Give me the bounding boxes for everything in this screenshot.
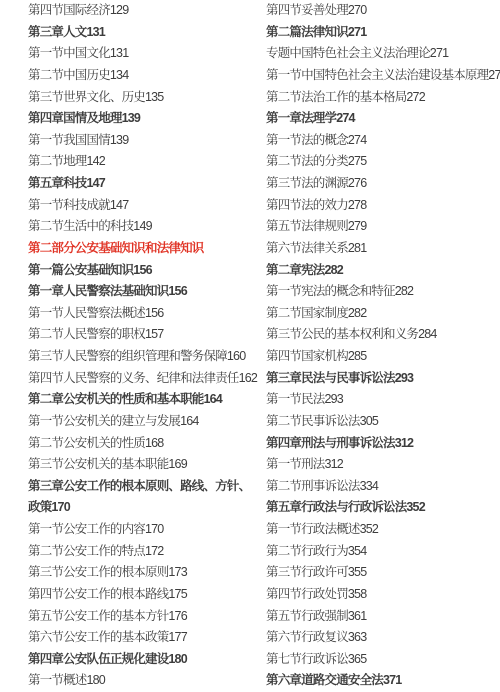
toc-entry: 第一节行政法概述352 (266, 519, 500, 541)
toc-entry: 第二节法的分类275 (266, 151, 500, 173)
toc-entry: 第四章刑法与刑事诉讼法312 (266, 433, 500, 455)
toc-entry: 第二节人民警察的职权157 (28, 324, 266, 346)
toc-entry: 第三章人文131 (28, 22, 266, 44)
toc-entry: 第二节行政行为354 (266, 541, 500, 563)
toc-entry: 第二节刑事诉讼法334 (266, 476, 500, 498)
toc-entry: 第五节行政强制361 (266, 606, 500, 628)
toc-entry: 第三节公安机关的基本职能169 (28, 454, 266, 476)
toc-entry: 第六节法律关系281 (266, 238, 500, 260)
toc-entry: 第二节法治工作的基本格局272 (266, 87, 500, 109)
toc-entry: 第五节公安工作的基本方针176 (28, 606, 266, 628)
toc-entry: 第一节科技成就147 (28, 195, 266, 217)
toc-entry: 第一篇公安基础知识156 (28, 260, 266, 282)
toc-entry: 第三章民法与民事诉讼法293 (266, 368, 500, 390)
toc-entry: 第一节中国特色社会主义法治建设基本原理271 (266, 65, 500, 87)
toc-entry: 第一节人民警察法概述156 (28, 303, 266, 325)
toc-entry: 第一章法理学274 (266, 108, 500, 130)
toc-entry: 第一节中国文化131 (28, 43, 266, 65)
toc-entry: 第二章公安机关的性质和基本职能164 (28, 389, 266, 411)
toc-entry: 第三节人民警察的组织管理和警务保障160 (28, 346, 266, 368)
toc-entry: 第二节公安工作的特点172 (28, 541, 266, 563)
toc-entry: 第四节公安工作的根本路线175 (28, 584, 266, 606)
toc-entry: 第二节国家制度282 (266, 303, 500, 325)
toc-entry: 第二部分公安基础知识和法律知识 (28, 238, 266, 260)
toc-column-right: 第四节妥善处理270第二篇法律知识271专题中国特色社会主义法治理论271第一节… (266, 0, 500, 692)
toc-entry: 政策170 (28, 497, 266, 519)
toc-entry: 第一节民法293 (266, 389, 500, 411)
toc-entry: 第二篇法律知识271 (266, 22, 500, 44)
toc-entry: 第二章宪法282 (266, 260, 500, 282)
toc-entry: 第二节地理142 (28, 151, 266, 173)
toc-entry: 第一节宪法的概念和特征282 (266, 281, 500, 303)
toc-entry: 第四章公安队伍正规化建设180 (28, 649, 266, 671)
toc-entry: 第四节国家机构285 (266, 346, 500, 368)
toc-entry: 第三节公民的基本权利和义务284 (266, 324, 500, 346)
toc-entry: 第五章行政法与行政诉讼法352 (266, 497, 500, 519)
toc-entry: 第四节妥善处理270 (266, 0, 500, 22)
toc-entry: 第一节公安工作的内容170 (28, 519, 266, 541)
toc-entry: 第四章国情及地理139 (28, 108, 266, 130)
toc-entry: 第一节刑法312 (266, 454, 500, 476)
toc-entry: 第二节生活中的科技149 (28, 216, 266, 238)
toc-entry: 第七节行政诉讼365 (266, 649, 500, 671)
toc-entry: 第六节公安工作的基本政策177 (28, 627, 266, 649)
toc-entry: 第六章道路交通安全法371 (266, 670, 500, 692)
toc-entry: 第一节概述180 (28, 670, 266, 692)
toc-entry: 第二节民事诉讼法305 (266, 411, 500, 433)
toc-entry: 第一章人民警察法基础知识156 (28, 281, 266, 303)
toc-entry: 第三章公安工作的根本原则、路线、方针、 (28, 476, 266, 498)
toc-entry: 第一节我国国情139 (28, 130, 266, 152)
toc-entry: 第四节国际经济129 (28, 0, 266, 22)
toc-entry: 第四节法的效力278 (266, 195, 500, 217)
toc-entry: 第三节法的渊源276 (266, 173, 500, 195)
toc-page: 第四节国际经济129第三章人文131第一节中国文化131第二节中国历史134第三… (0, 0, 500, 692)
toc-entry: 第一节法的概念274 (266, 130, 500, 152)
toc-entry: 第三节行政许可355 (266, 562, 500, 584)
toc-entry: 第二节公安机关的性质168 (28, 433, 266, 455)
toc-entry: 专题中国特色社会主义法治理论271 (266, 43, 500, 65)
toc-entry: 第三节公安工作的根本原则173 (28, 562, 266, 584)
toc-column-left: 第四节国际经济129第三章人文131第一节中国文化131第二节中国历史134第三… (28, 0, 266, 692)
toc-entry: 第四节行政处罚358 (266, 584, 500, 606)
toc-entry: 第四节人民警察的义务、纪律和法律责任162 (28, 368, 266, 390)
toc-entry: 第三节世界文化、历史135 (28, 87, 266, 109)
toc-entry: 第五章科技147 (28, 173, 266, 195)
toc-entry: 第一节公安机关的建立与发展164 (28, 411, 266, 433)
toc-entry: 第二节中国历史134 (28, 65, 266, 87)
toc-entry: 第六节行政复议363 (266, 627, 500, 649)
toc-entry: 第五节法律规则279 (266, 216, 500, 238)
